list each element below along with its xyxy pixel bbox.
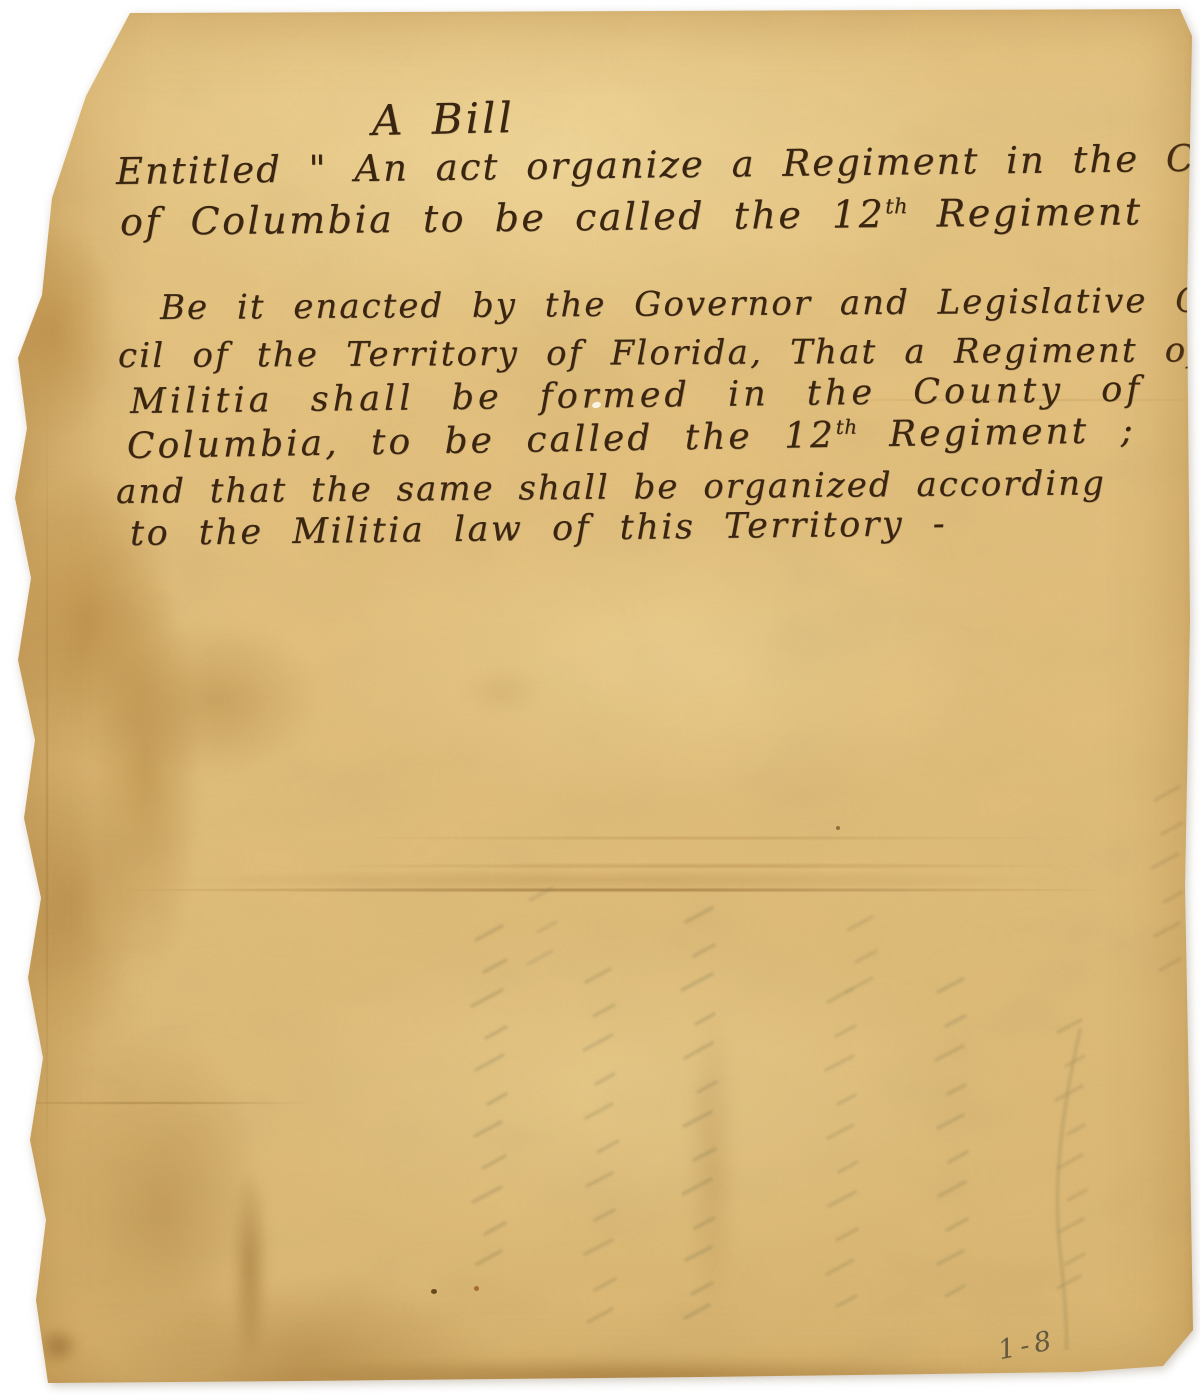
paper-sheet: A Bill Entitled " An act organize a Regi… — [0, 0, 1200, 1395]
paper-shadow-wrap: A Bill Entitled " An act organize a Regi… — [0, 0, 1200, 1395]
paper-texture — [0, 0, 1200, 1395]
document-scan: A Bill Entitled " An act organize a Regi… — [0, 0, 1200, 1395]
